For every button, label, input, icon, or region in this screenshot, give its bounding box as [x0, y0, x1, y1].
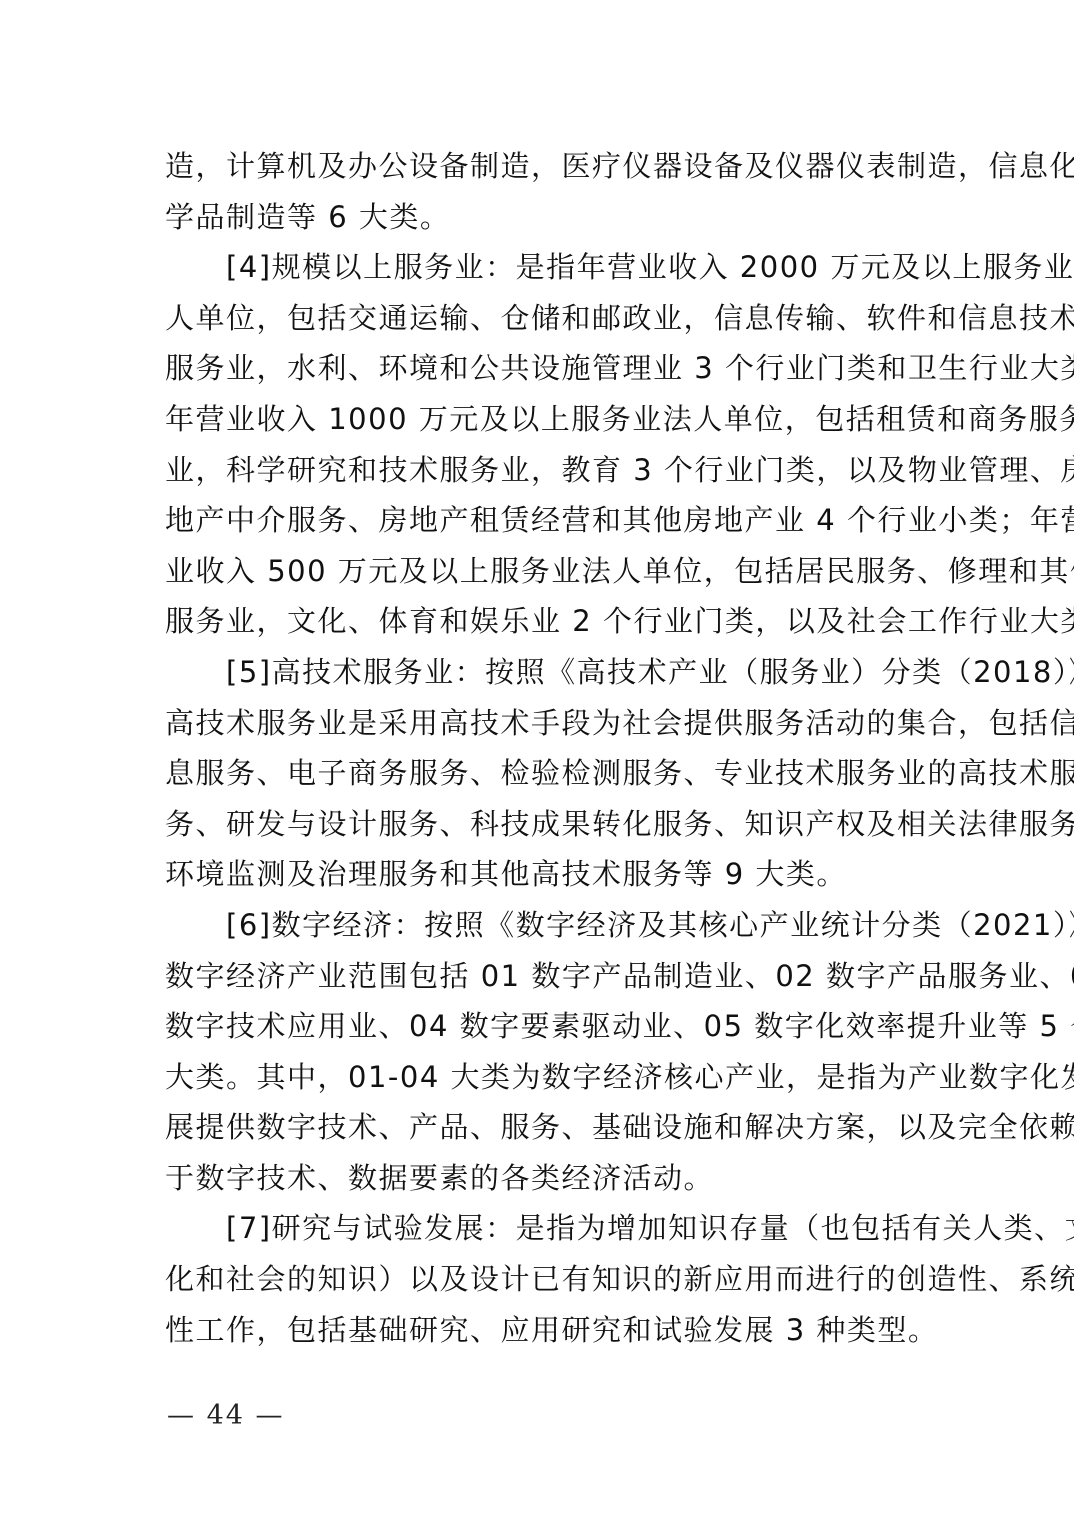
text-line: 年营业收入 1000 万元及以上服务业法人单位，包括租赁和商务服务: [165, 394, 915, 445]
text-line: 地产中介服务、房地产租赁经营和其他房地产业 4 个行业小类；年营: [165, 495, 915, 546]
text-line: 造，计算机及办公设备制造，医疗仪器设备及仪器仪表制造，信息化: [165, 141, 915, 192]
text-line: 于数字技术、数据要素的各类经济活动。: [165, 1153, 915, 1204]
footnote-7-research-development: [7]研究与试验发展：是指为增加知识存量（也包括有关人类、文 化和社会的知识）以…: [165, 1203, 915, 1355]
footnote-4-large-service-industry: [4]规模以上服务业：是指年营业收入 2000 万元及以上服务业法 人单位，包括…: [165, 242, 915, 647]
text-line: [4]规模以上服务业：是指年营业收入 2000 万元及以上服务业法: [165, 242, 915, 293]
body-text: 造，计算机及办公设备制造，医疗仪器设备及仪器仪表制造，信息化 学品制造等 6 大…: [165, 141, 915, 1355]
text-line: 数字技术应用业、04 数字要素驱动业、05 数字化效率提升业等 5 个: [165, 1001, 915, 1052]
text-line: 性工作，包括基础研究、应用研究和试验发展 3 种类型。: [165, 1305, 915, 1356]
text-line: 服务业，文化、体育和娱乐业 2 个行业门类，以及社会工作行业大类。: [165, 596, 915, 647]
text-line: [7]研究与试验发展：是指为增加知识存量（也包括有关人类、文: [165, 1203, 915, 1254]
text-line: 数字经济产业范围包括 01 数字产品制造业、02 数字产品服务业、03: [165, 951, 915, 1002]
text-line: 业，科学研究和技术服务业，教育 3 个行业门类，以及物业管理、房: [165, 445, 915, 496]
text-line: 高技术服务业是采用高技术手段为社会提供服务活动的集合，包括信: [165, 698, 915, 749]
text-line: 息服务、电子商务服务、检验检测服务、专业技术服务业的高技术服: [165, 748, 915, 799]
text-line: 环境监测及治理服务和其他高技术服务等 9 大类。: [165, 849, 915, 900]
paragraph-continuation: 造，计算机及办公设备制造，医疗仪器设备及仪器仪表制造，信息化 学品制造等 6 大…: [165, 141, 915, 242]
text-line: 学品制造等 6 大类。: [165, 192, 915, 243]
text-line: 大类。其中，01-04 大类为数字经济核心产业，是指为产业数字化发: [165, 1052, 915, 1103]
text-line: 展提供数字技术、产品、服务、基础设施和解决方案，以及完全依赖: [165, 1102, 915, 1153]
text-line: 服务业，水利、环境和公共设施管理业 3 个行业门类和卫生行业大类；: [165, 343, 915, 394]
page-number: — 44 —: [167, 1400, 285, 1431]
text-line: 化和社会的知识）以及设计已有知识的新应用而进行的创造性、系统: [165, 1254, 915, 1305]
document-page: 造，计算机及办公设备制造，医疗仪器设备及仪器仪表制造，信息化 学品制造等 6 大…: [0, 0, 1074, 1520]
text-line: 业收入 500 万元及以上服务业法人单位，包括居民服务、修理和其他: [165, 546, 915, 597]
footnote-6-digital-economy: [6]数字经济：按照《数字经济及其核心产业统计分类（2021）》， 数字经济产业…: [165, 900, 915, 1204]
text-line: [5]高技术服务业：按照《高技术产业（服务业）分类（2018）》，: [165, 647, 915, 698]
text-line: [6]数字经济：按照《数字经济及其核心产业统计分类（2021）》，: [165, 900, 915, 951]
footnote-5-high-tech-services: [5]高技术服务业：按照《高技术产业（服务业）分类（2018）》， 高技术服务业…: [165, 647, 915, 900]
text-line: 人单位，包括交通运输、仓储和邮政业，信息传输、软件和信息技术: [165, 293, 915, 344]
text-line: 务、研发与设计服务、科技成果转化服务、知识产权及相关法律服务、: [165, 799, 915, 850]
